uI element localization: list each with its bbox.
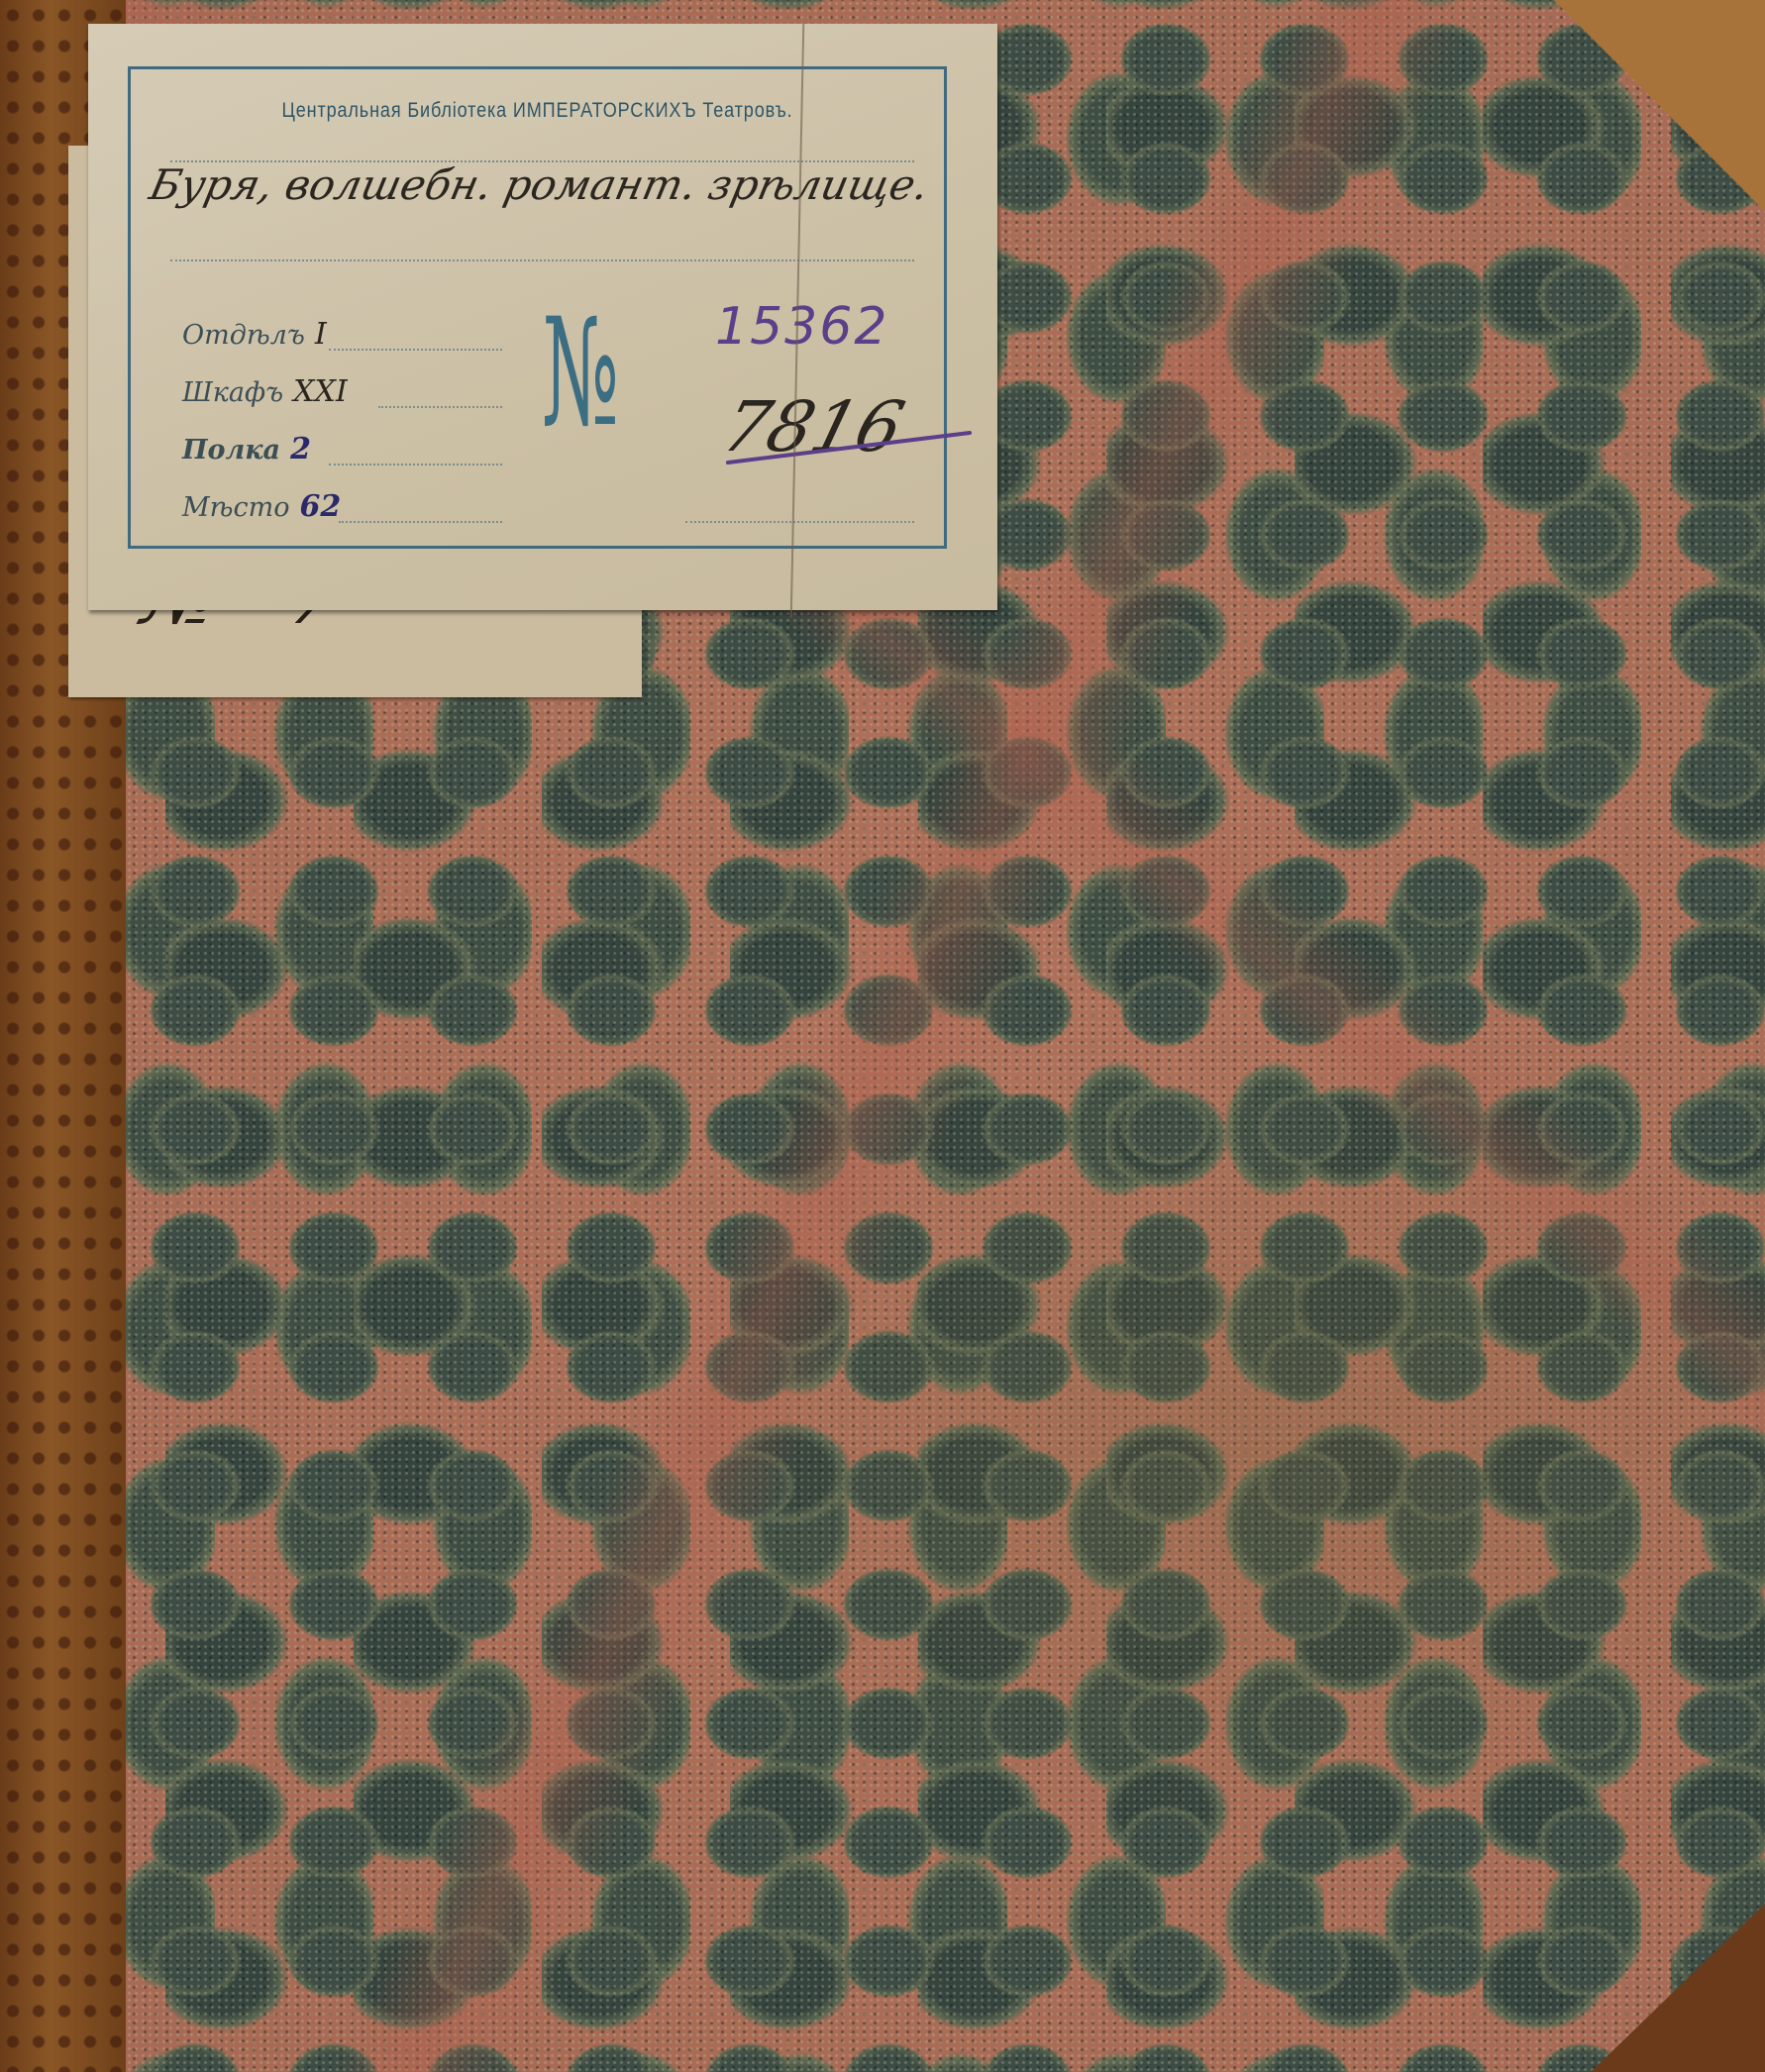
field-label: Отдѣлъ [182,320,305,351]
field-mesto: Мѣсто62 [182,489,341,524]
divider [329,349,502,351]
field-polka: Полка2 [182,432,311,466]
label-frame: Центральная Библіотека ИМПЕРАТОРСКИХЪ Те… [128,66,947,549]
divider [329,464,502,466]
divider [339,521,502,523]
number-sign: № [542,299,619,448]
divider [378,406,502,408]
field-label: Шкафъ [182,377,283,408]
old-catalog-number: 7816 [714,386,912,467]
catalog-number: 15362 [715,297,888,357]
field-value: XXI [293,374,348,409]
divider [170,259,914,261]
book-title: Буря, волшебн. романт. зрѣлище. [140,160,939,209]
field-value: 2 [290,432,311,466]
field-shkaf: ШкафъXXI [182,374,348,409]
field-label: Полка [182,435,280,466]
divider [685,521,914,523]
field-value: 62 [299,489,341,524]
field-label: Мѣсто [182,492,289,523]
field-otdel: ОтдѣлъI [182,317,327,352]
library-label: Центральная Библіотека ИМПЕРАТОРСКИХЪ Те… [88,24,997,610]
library-header: Центральная Библіотека ИМПЕРАТОРСКИХЪ Те… [187,99,886,123]
field-value: I [315,317,327,352]
